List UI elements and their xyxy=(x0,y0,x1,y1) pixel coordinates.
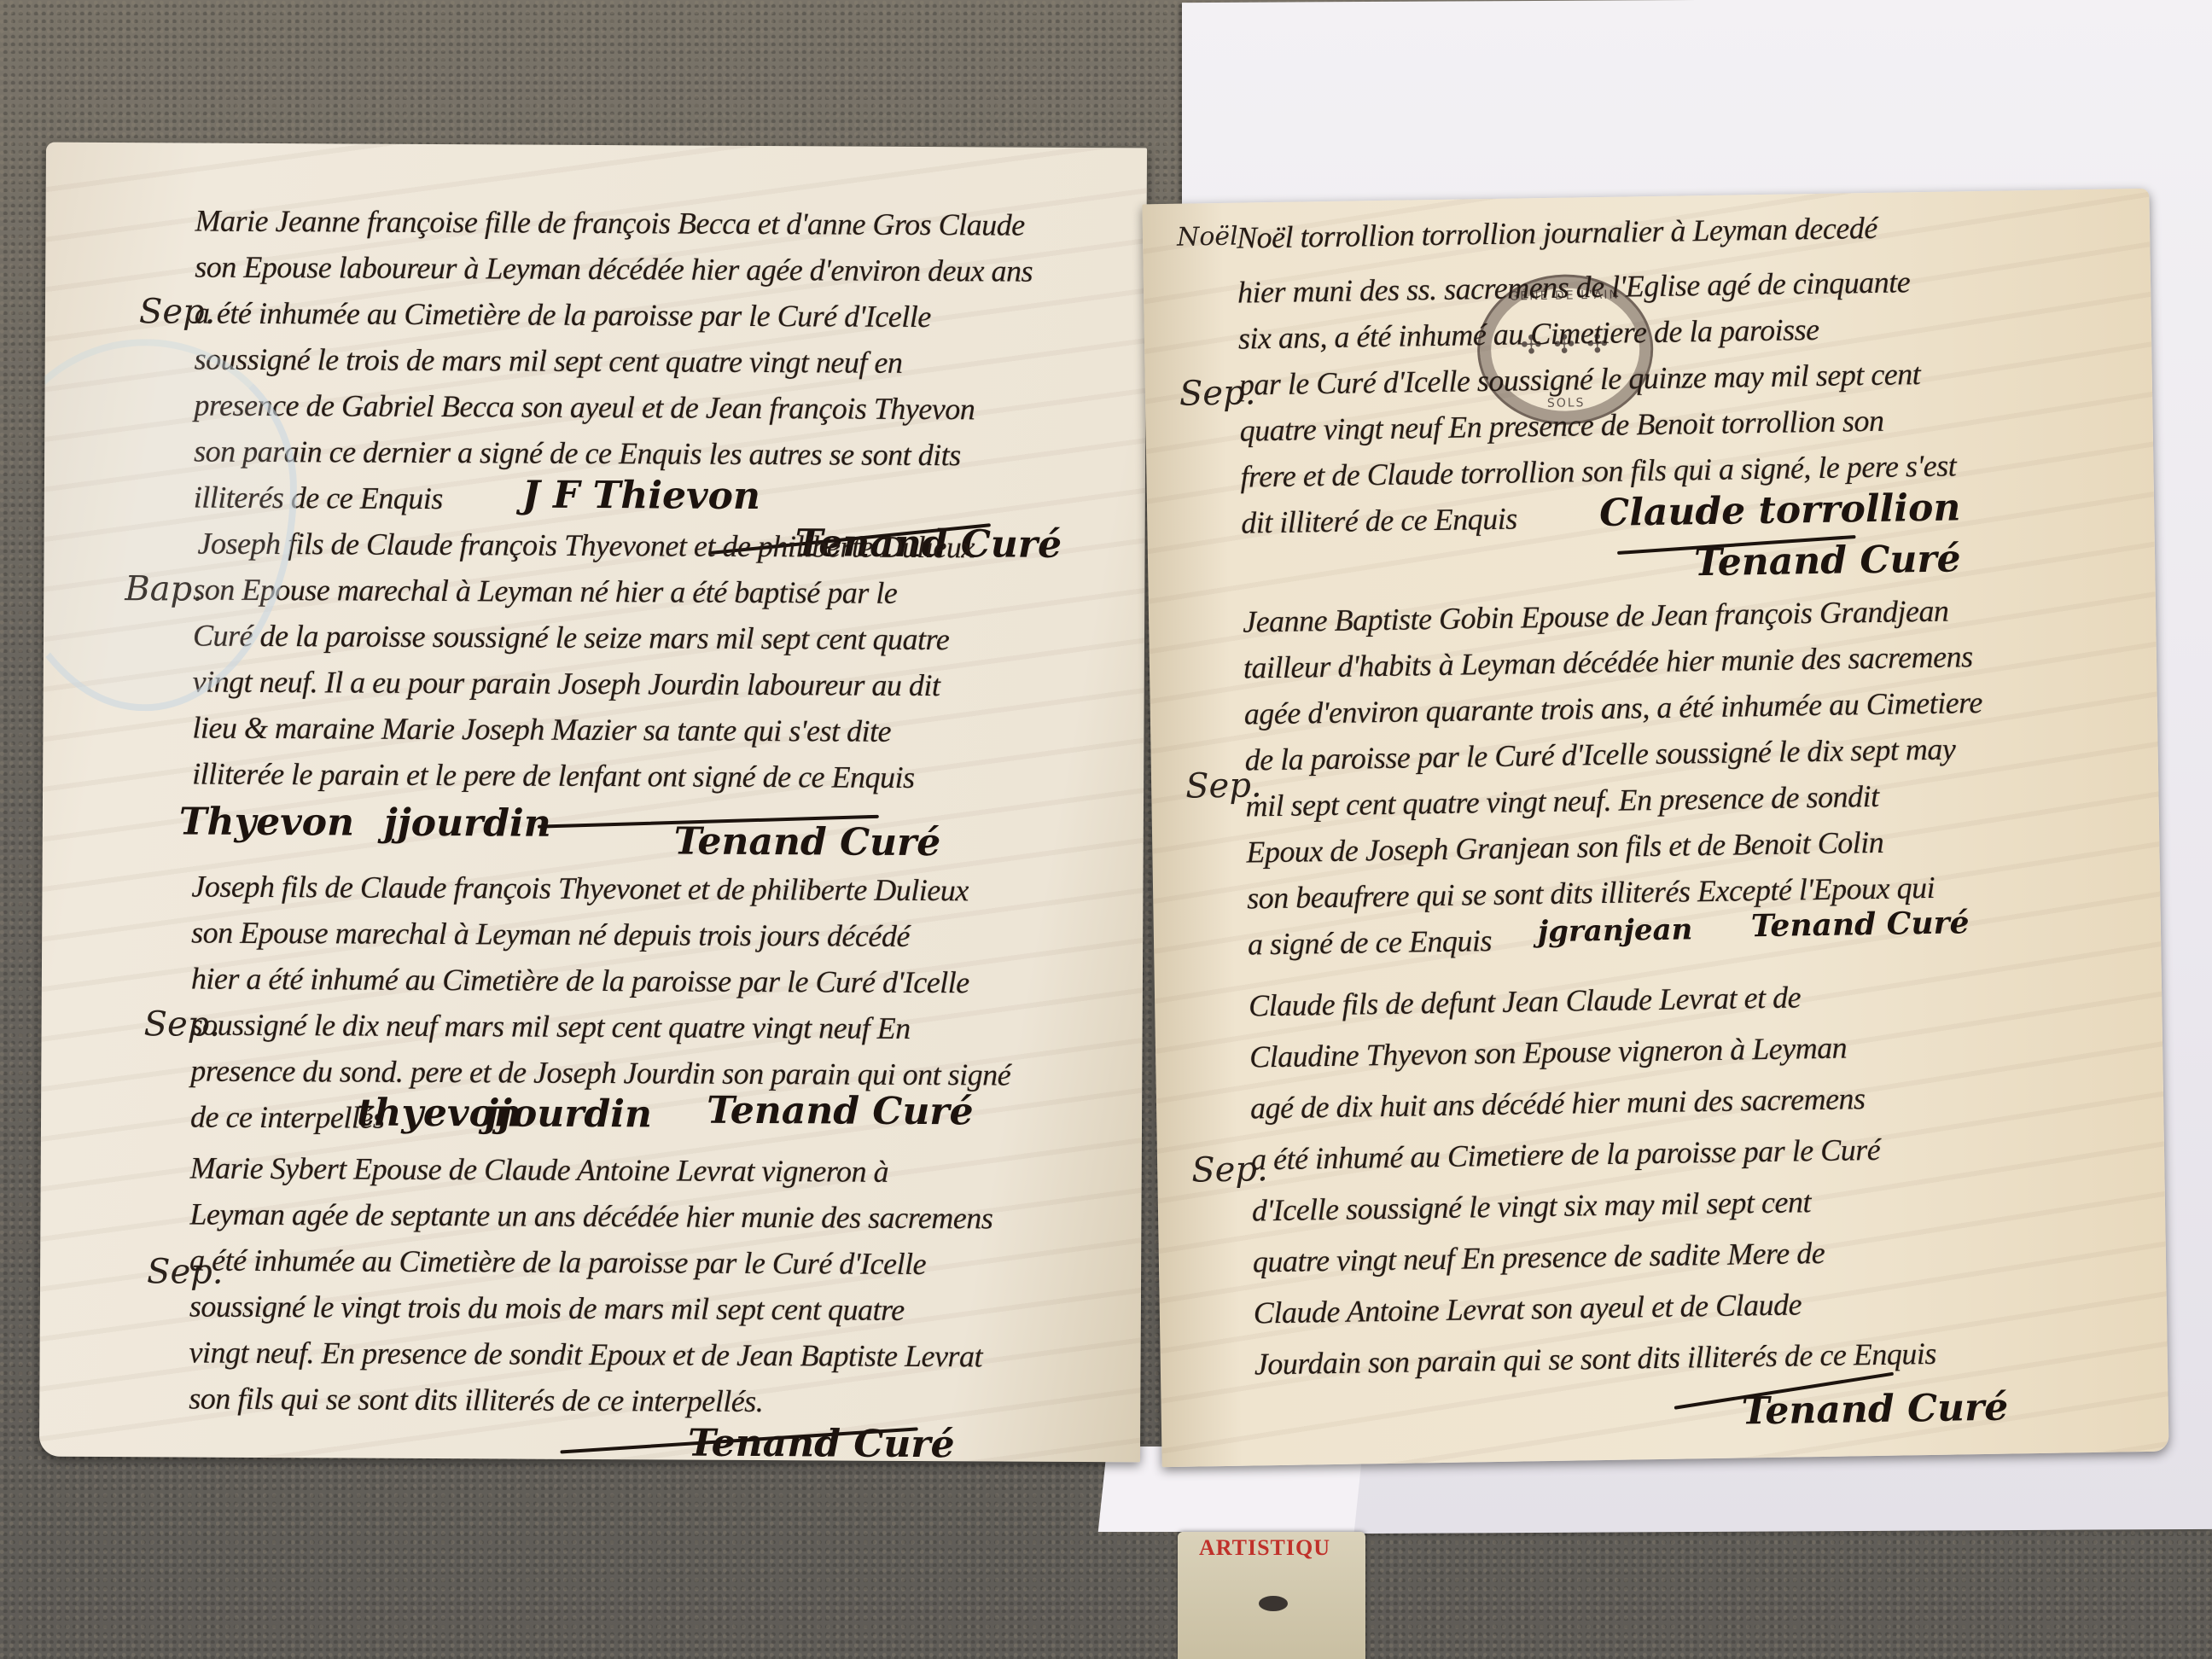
text-line: soussigné le trois de mars mil sept cent… xyxy=(195,341,903,381)
signature: J F Thievon xyxy=(522,474,760,518)
clip-hole xyxy=(1259,1596,1288,1611)
text-line: Leyman agée de septante un ans décédée h… xyxy=(189,1196,992,1237)
signature: Tenand Curé xyxy=(707,1089,974,1134)
text-line: dit illiteré de ce Enquis xyxy=(1241,501,1517,541)
text-line: quatre vingt neuf En presence de sadite … xyxy=(1253,1235,1825,1280)
margin-note-name: Noël xyxy=(1177,222,1238,253)
signature: Tenand Curé xyxy=(1750,905,1969,944)
text-line: quatre vingt neuf En presence de Benoit … xyxy=(1239,403,1883,449)
text-line: vingt neuf. Il a eu pour parain Joseph J… xyxy=(193,664,940,704)
text-line: d'Icelle soussigné le vingt six may mil … xyxy=(1252,1184,1812,1228)
text-line: son parain ce dernier a signé de ce Enqu… xyxy=(194,434,961,474)
text-line: tailleur d'habits à Leyman décédée hier … xyxy=(1243,638,1973,685)
text-line: agé de dix huit ans décédé hier muni des… xyxy=(1250,1080,1866,1126)
signature: jjourdin xyxy=(384,801,551,846)
text-line: Curé de la paroisse soussigné le seize m… xyxy=(193,618,949,658)
text-line: a été inhumée au Cimetière de la paroiss… xyxy=(189,1243,926,1283)
text-line: presence du sond. pere et de Joseph Jour… xyxy=(190,1053,1010,1093)
signature: jgranjean xyxy=(1538,912,1693,949)
text-line: Claude fils de defunt Jean Claude Levrat… xyxy=(1249,979,1801,1023)
plastic-loop xyxy=(39,338,298,712)
text-line: a été inhumée au Cimetière de la paroiss… xyxy=(195,295,931,335)
text-line: hier a été inhumé au Cimetière de la par… xyxy=(191,961,969,1001)
signature: Tenand Curé xyxy=(688,1422,955,1463)
text-line: son fils qui se sont dits illiterés de c… xyxy=(189,1381,763,1420)
text-line: Marie Jeanne françoise fille de françois… xyxy=(195,203,1024,243)
text-line: soussigné le vingt trois du mois de mars… xyxy=(189,1289,905,1328)
text-line: Noël torrollion torrollion journalier à … xyxy=(1237,210,1877,256)
text-line: mil sept cent quatre vingt neuf. En pres… xyxy=(1245,778,1879,824)
text-line: par le Curé d'Icelle soussigné le quinze… xyxy=(1238,356,1920,403)
clip-label: ARTISTIQU xyxy=(1199,1535,1330,1561)
text-line: Joseph fils de Claude françois Thyevonet… xyxy=(191,869,969,909)
signature: jjourdin xyxy=(485,1091,652,1136)
text-line: Claude Antoine Levrat son ayeul et de Cl… xyxy=(1254,1286,1802,1330)
text-line: a signé de ce Enquis xyxy=(1248,923,1493,962)
text-line: Claudine Thyevon son Epouse vigneron à L… xyxy=(1249,1030,1848,1075)
signature: Tenand Curé xyxy=(1694,537,1961,585)
text-line: hier muni des ss. sacremens de l'Eglise … xyxy=(1237,264,1911,310)
signature: Thyevon xyxy=(179,800,354,844)
signature: Claude torrollion xyxy=(1599,486,1961,535)
text-line: Epoux de Joseph Granjean son fils et de … xyxy=(1246,824,1883,870)
text-line: son Epouse marechal à Leyman né hier a é… xyxy=(193,572,897,611)
text-line: de ce interpellés xyxy=(190,1099,385,1136)
text-line: Jourdain son parain qui se sont dits ill… xyxy=(1254,1336,1936,1382)
text-line: vingt neuf. En presence de sondit Epoux … xyxy=(189,1335,983,1375)
text-line: son Epouse laboureur à Leyman décédée hi… xyxy=(195,249,1033,289)
text-line: de la paroisse par le Curé d'Icelle sous… xyxy=(1244,731,1955,777)
text-line: agée d'environ quarante trois ans, a été… xyxy=(1244,684,1983,732)
text-line: illiterée le parain et le pere de lenfan… xyxy=(192,756,915,795)
text-line: soussigné le dix neuf mars mil sept cent… xyxy=(191,1007,911,1046)
text-line: son Epouse marechal à Leyman né depuis t… xyxy=(191,915,910,954)
text-line: Jeanne Baptiste Gobin Epouse de Jean fra… xyxy=(1243,593,1949,640)
binder-clip: ARTISTIQU xyxy=(1178,1532,1365,1659)
text-line: six ans, a été inhumé au Cimetiere de la… xyxy=(1238,311,1819,357)
text-line: presence de Gabriel Becca son ayeul et d… xyxy=(194,387,975,428)
text-line: lieu & maraine Marie Joseph Mazier sa ta… xyxy=(192,710,891,749)
right-page: GÉNÉ DE L'AIN ✣ ✣ ✣ SOLS Noël Sep. Noël … xyxy=(1142,189,2168,1467)
left-page: Sep. Marie Jeanne françoise fille de fra… xyxy=(39,143,1147,1463)
text-line: Joseph fils de Claude françois Thyevonet… xyxy=(197,526,975,566)
parish-register-book: Sep. Marie Jeanne françoise fille de fra… xyxy=(43,145,2151,1459)
signature: Tenand Curé xyxy=(1741,1386,2008,1434)
text-line: a été inhumé au Cimetiere de la paroisse… xyxy=(1251,1132,1881,1178)
text-line: Marie Sybert Epouse de Claude Antoine Le… xyxy=(190,1150,889,1190)
signature: Tenand Curé xyxy=(674,819,941,864)
